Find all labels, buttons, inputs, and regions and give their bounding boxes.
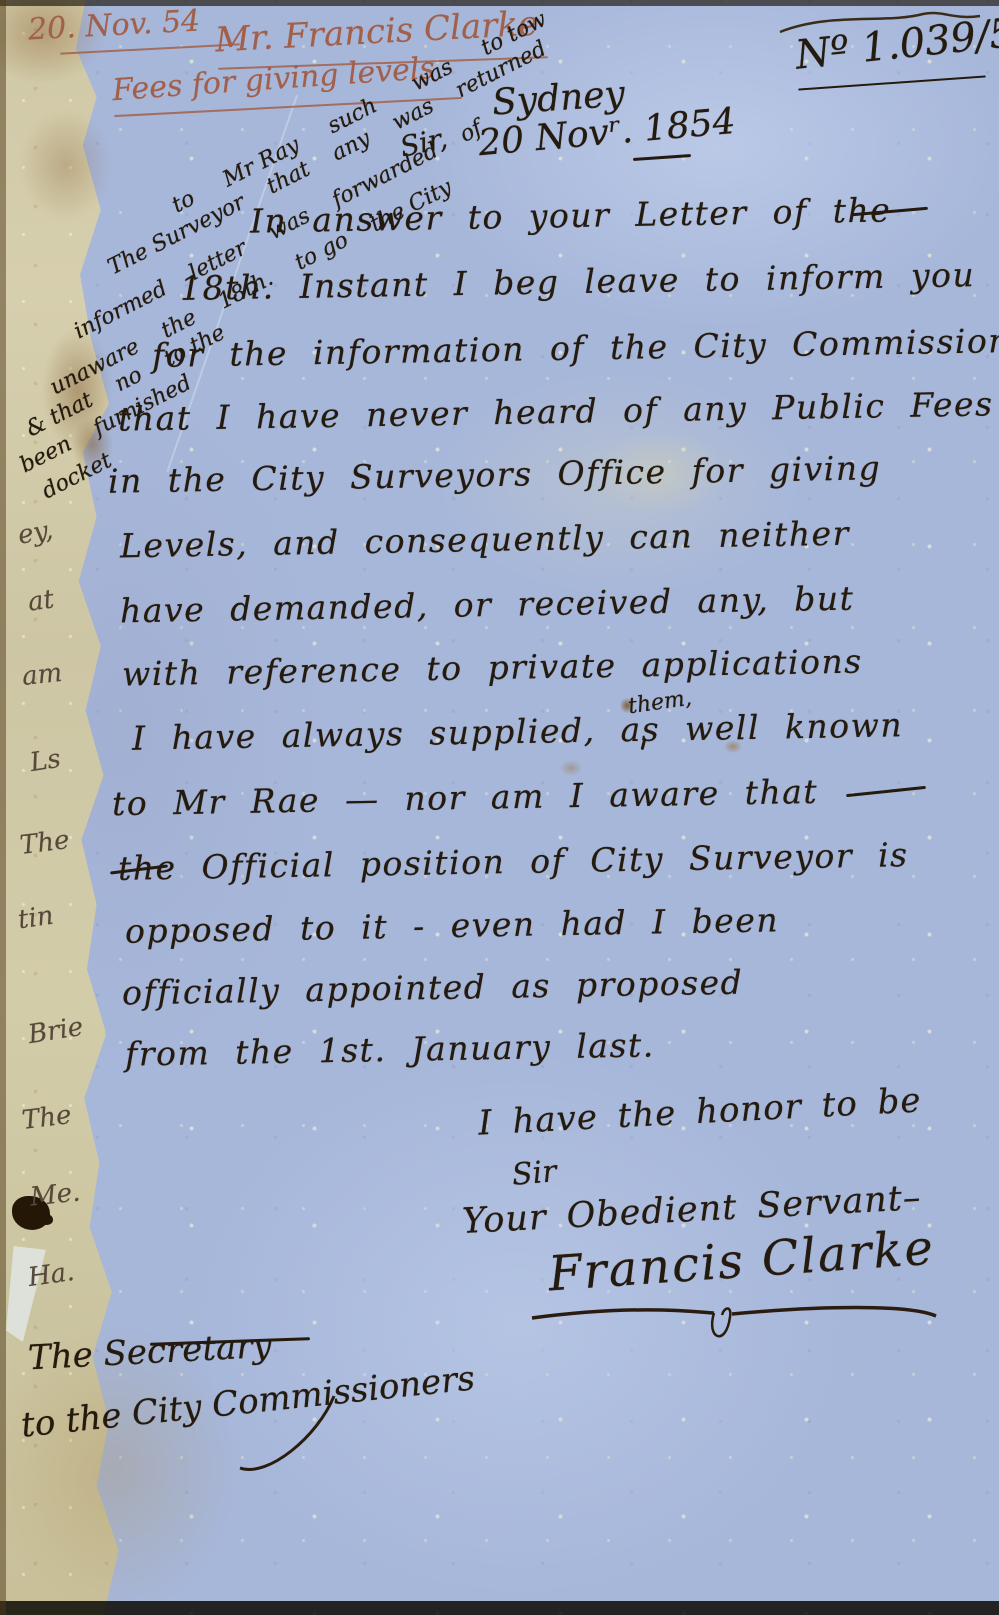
scan-edge-bottom (0, 1601, 999, 1615)
body-line: Levels, and consequently can neither (120, 514, 850, 566)
signature-flourish (528, 1298, 948, 1358)
body-line: with reference to private applications (122, 642, 863, 694)
docket-date-underline (60, 43, 240, 54)
body-line: that I have never heard of any Public Fe… (118, 384, 994, 438)
scan-edge-left (0, 0, 6, 1615)
body-line: in the City Surveyors Office for giving (108, 448, 882, 500)
body-line: officially appointed as proposed (122, 963, 744, 1013)
body-line: opposed to it - even had I been (125, 900, 780, 950)
margin-fragment: Ls (28, 744, 63, 778)
margin-fragment: at (26, 584, 56, 617)
margin-fragment: Me. (29, 1177, 82, 1212)
body-line: for the information of the City Commissi… (152, 320, 999, 375)
margin-fragment: tin (16, 901, 55, 936)
ink-stroke-overline (846, 786, 926, 797)
number-underline (798, 75, 986, 90)
margin-fragment: am (21, 658, 64, 692)
letter-page: 20. Nov. 54 Mr. Francis Clarke Fees for … (0, 0, 999, 1615)
margin-fragment: The (18, 825, 71, 861)
body-line: the Official position of City Surveyor i… (118, 835, 909, 888)
body-line: have demanded, or received any, but (120, 579, 855, 631)
margin-fragment: ey, (16, 515, 56, 551)
closing-line-1: I have the honor to be (477, 1080, 922, 1143)
ink-blot-small (40, 1214, 53, 1225)
footer-flourish (232, 1390, 362, 1480)
margin-fragment: Ha. (26, 1257, 76, 1293)
stain (560, 760, 582, 776)
date-underline (633, 154, 691, 161)
margin-fragment: The (20, 1100, 73, 1136)
body-line: from the 1st. January last. (125, 1025, 655, 1073)
closing-line-2: Sir (511, 1154, 558, 1193)
scan-edge-top (0, 0, 999, 6)
body-line: to Mr Rae — nor am I aware that (112, 772, 819, 823)
body-line: I have always supplied, as well known (132, 705, 904, 757)
